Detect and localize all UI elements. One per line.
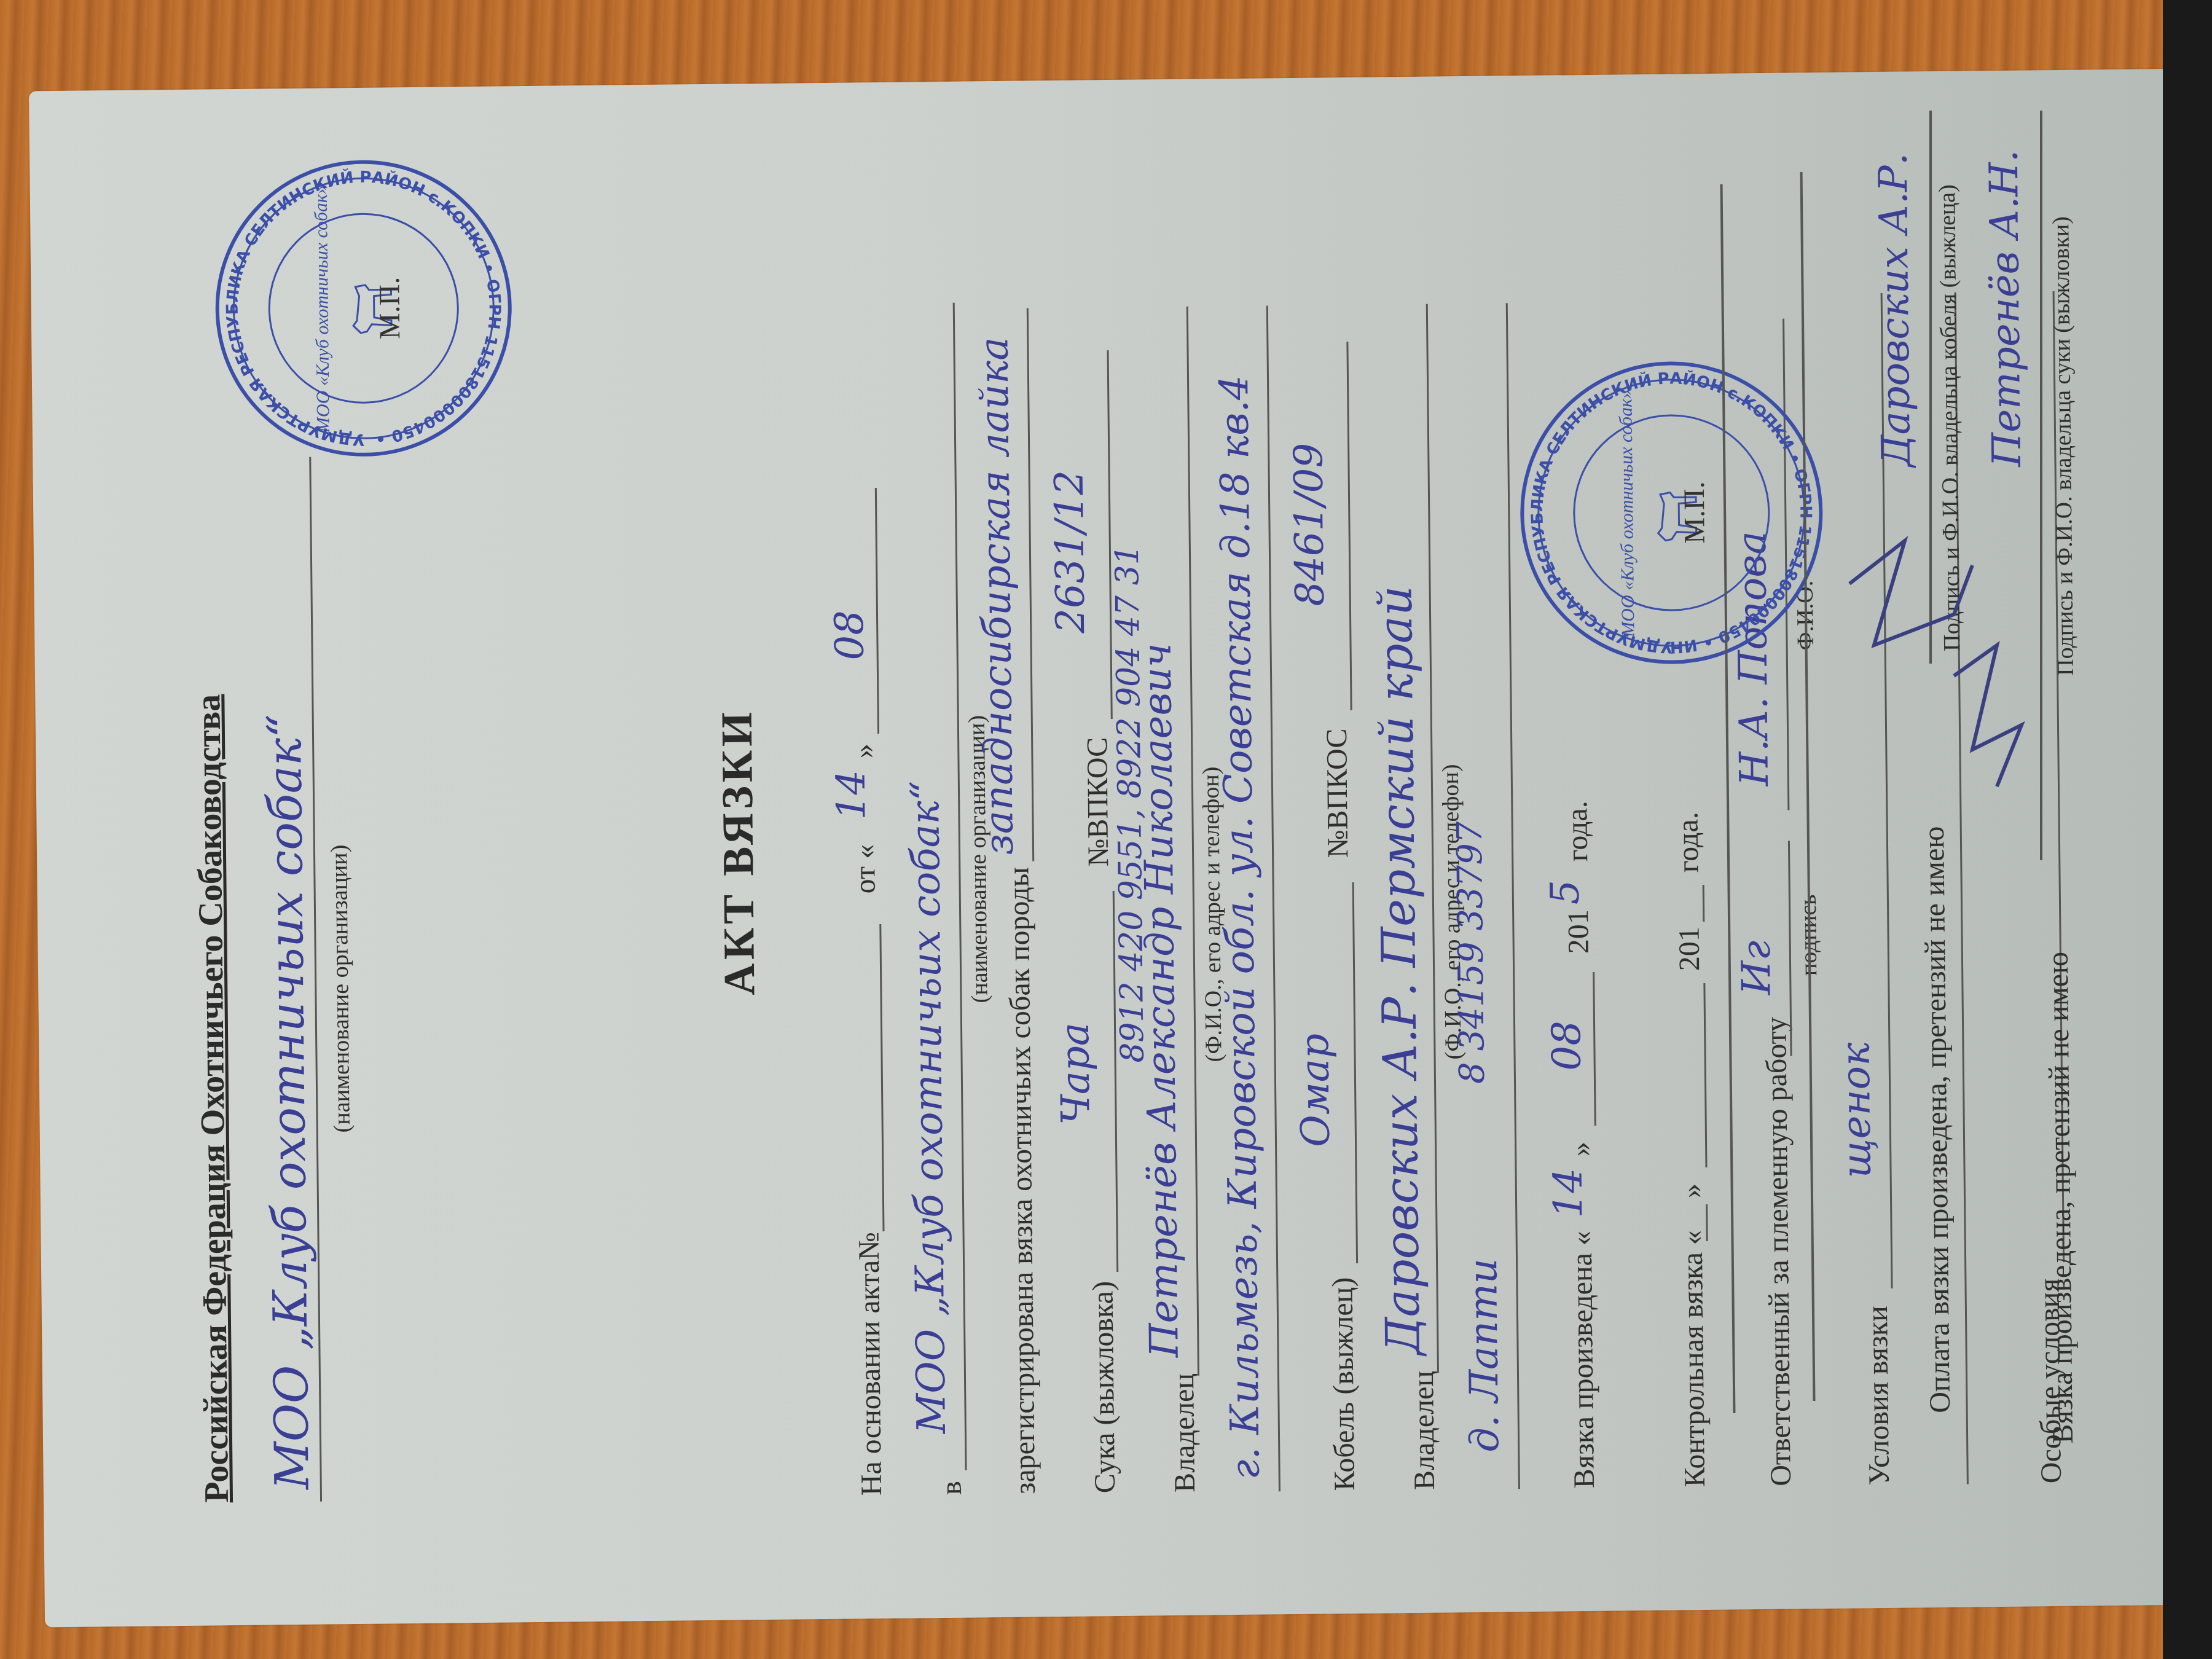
mating-done-label: Вязка произведена, претензий не имею	[2041, 952, 2080, 1444]
svg-text:УДМУРТСКАЯ РЕСПУБЛИКА СЕЛТИНСК: УДМУРТСКАЯ РЕСПУБЛИКА СЕЛТИНСКИЙ РАЙОН с…	[218, 166, 505, 455]
bitch-vpkos: 2631/12	[1047, 470, 1094, 634]
mating-day: 14	[1545, 1168, 1591, 1218]
dog-address-line	[1506, 303, 1520, 1489]
bitch-owner-label: Владелец	[1167, 1373, 1202, 1493]
dog-vpkos-label: №ВПКОС	[1320, 728, 1355, 858]
mating-close: »	[1564, 1142, 1598, 1157]
responsible-signature: Иг	[1734, 941, 1780, 995]
dog-vpkos: 8461/09	[1286, 442, 1333, 606]
bitch-vpkos-label: №ВПКОС	[1080, 737, 1115, 866]
svg-text:УДМУРТСКАЯ РЕСПУБЛИКА СЕЛТИНСК: УДМУРТСКАЯ РЕСПУБЛИКА СЕЛТИНСКИЙ РАЙОН с…	[1523, 367, 1816, 662]
bitch-owner-name: Петренёв Александр Николаевич	[1135, 643, 1188, 1358]
stamp-ring-text: УДМУРТСКАЯ РЕСПУБЛИКА СЕЛТИНСКИЙ РАЙОН с…	[218, 162, 509, 454]
from-day: 14	[829, 770, 875, 820]
conditions-value: щенок	[1833, 1042, 1880, 1179]
from-month-line	[875, 488, 879, 734]
control-year-line[interactable]	[1703, 885, 1705, 922]
mating-month: 08	[1544, 1021, 1590, 1071]
registered-label: зарегистрирована вязка охотничьих собак …	[1002, 867, 1042, 1494]
in-org: МОО „Клуб охотничьих собак“	[903, 780, 955, 1434]
mating-year-suffix: 5	[1543, 879, 1588, 904]
dog-owner-name: Даровских А.Р. Пермский край	[1368, 586, 1430, 1355]
stamp-mark: М.П.	[371, 163, 408, 453]
stamp-ring-text: УДМУРТСКАЯ РЕСПУБЛИКА СЕЛТИНСКИЙ РАЙОН с…	[1523, 364, 1821, 662]
from-close: »	[847, 743, 880, 759]
from-label: от «	[848, 844, 882, 894]
stamp-center-text: МОО «Клуб охотничьих собак»	[310, 164, 335, 453]
bitch-label: Сука (выжловка)	[1086, 1281, 1122, 1494]
from-month: 08	[827, 610, 873, 661]
dog-name-line	[1352, 882, 1358, 1263]
breed-value: западносибирская лайка	[971, 337, 1022, 855]
basis-label: На основании акта№	[852, 1232, 888, 1496]
dog-name: Омар	[1292, 1033, 1339, 1147]
organization-stamp-2: УДМУРТСКАЯ РЕСПУБЛИКА СЕЛТИНСКИЙ РАЙОН с…	[1519, 360, 1824, 665]
payment-name: Даровских А.Р.	[1871, 152, 1920, 467]
stamp-mark: М.П.	[1676, 365, 1713, 661]
mating-month-line	[1593, 972, 1596, 1126]
mating-label: Вязка произведена «	[1565, 1231, 1601, 1489]
breed-line	[1027, 308, 1034, 861]
organization-stamp: УДМУРТСКАЯ РЕСПУБЛИКА СЕЛТИНСКИЙ РАЙОН с…	[214, 159, 513, 458]
dog-owner-label: Владелец	[1406, 1371, 1441, 1491]
table-edge-shadow	[2163, 0, 2212, 1659]
bitch-name: Чара	[1053, 1022, 1099, 1126]
dog-owner-address: д. Лапти	[1461, 1258, 1508, 1453]
control-close: »	[1675, 1183, 1709, 1199]
control-year-prefix: 201	[1672, 927, 1706, 971]
dog-label: Кобель (выжлец)	[1325, 1277, 1362, 1491]
mating-year-label: года.	[1560, 801, 1594, 861]
document-title: АКТ ВЯЗКИ	[705, 84, 772, 1620]
organization-caption: (наименование организации)	[326, 845, 356, 1133]
mating-year-prefix: 201	[1561, 909, 1596, 954]
dog-owner-phone: 8 34159 33797	[1450, 821, 1492, 1084]
in-label: в	[935, 1481, 968, 1495]
bitch-owner-line	[1186, 307, 1199, 1376]
control-year-label: года.	[1671, 812, 1705, 873]
dog-vpkos-line	[1346, 342, 1352, 710]
hunting-dog-icon	[1647, 485, 1703, 547]
federation-header: Российская Федерация Охотничьего Собаков…	[189, 694, 237, 1503]
control-month-line[interactable]	[1703, 983, 1707, 1167]
stamp-center-text: МОО «Клуб охотничьих собак»	[1615, 366, 1640, 661]
basis-number-line[interactable]	[879, 924, 884, 1231]
organization-handwritten: МОО „Клуб охотничьих собак“	[257, 714, 320, 1490]
control-label: Контрольная вязка «	[1676, 1230, 1712, 1488]
bitch-owner-address: г. Кильмезь, Кировской обл. ул. Советска…	[1212, 375, 1269, 1480]
hunting-dog-icon	[342, 277, 398, 339]
conditions-label: Условия вязки	[1861, 1306, 1896, 1486]
responsible-label: Ответственный за племенную работу	[1759, 1017, 1798, 1486]
mating-done-name: Петренёв А.Н.	[1982, 149, 2030, 467]
control-day-line[interactable]	[1706, 1204, 1708, 1241]
owner-signatures-scribble	[1813, 492, 2058, 922]
bitch-address-line	[1266, 305, 1281, 1491]
